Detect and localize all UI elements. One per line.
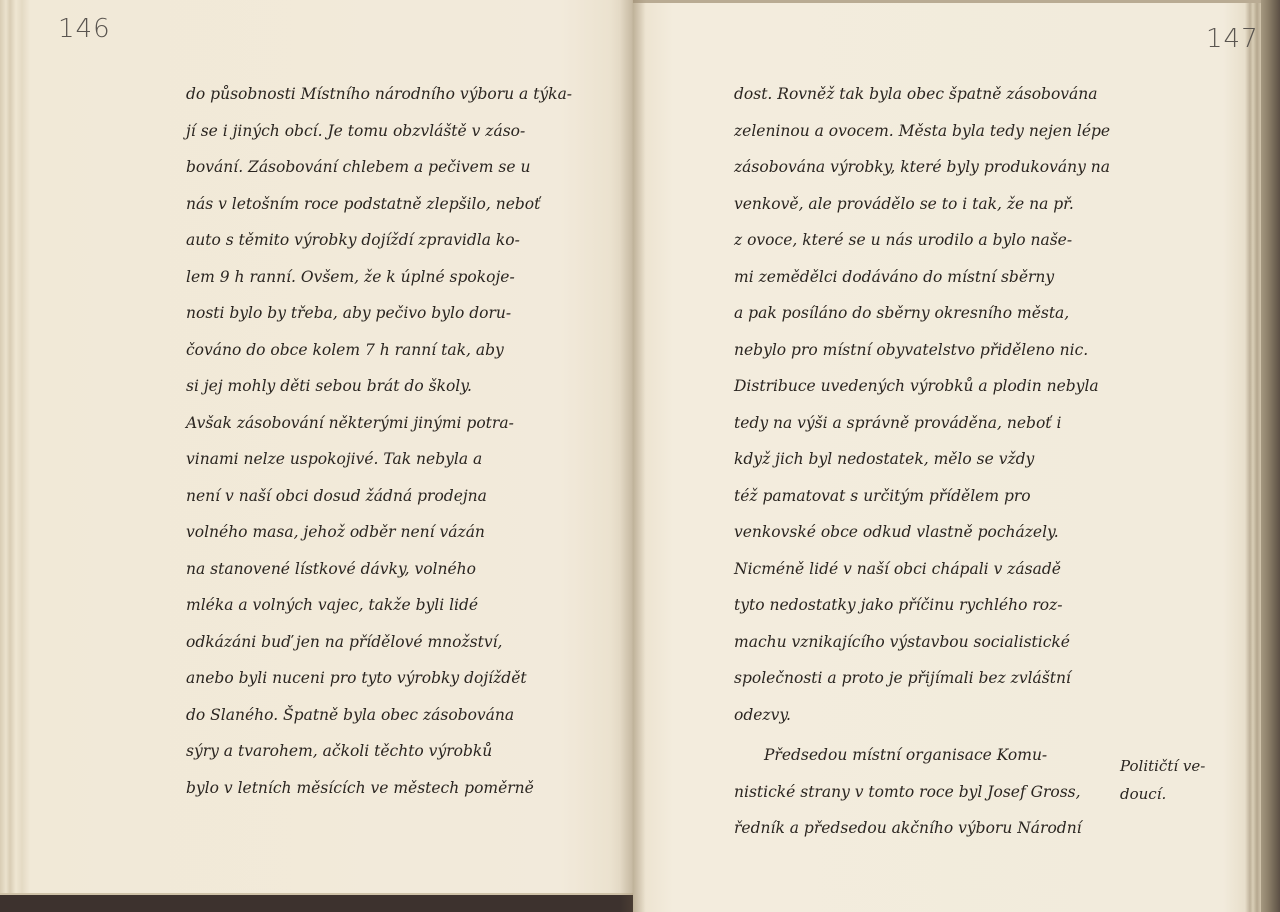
text-line: tyto nedostatky jako příčinu rychlého ro…: [734, 587, 1110, 624]
text-line: čováno do obce kolem 7 h ranní tak, aby: [186, 332, 572, 369]
text-line: není v naší obci dosud žádná prodejna: [186, 478, 572, 515]
text-line: lem 9 h ranní. Ovšem, že k úplné spokoje…: [186, 259, 572, 296]
text-line: bování. Zásobování chlebem a pečivem se …: [186, 149, 572, 186]
page-edges: [1261, 0, 1280, 912]
margin-note-line: Političtí ve-: [1120, 752, 1205, 780]
text-line: odkázáni buď jen na přídělové množství,: [186, 624, 572, 661]
left-page-text: do působnosti Místního národního výboru …: [186, 76, 572, 806]
margin-note-line: doucí.: [1120, 780, 1205, 808]
text-line: nás v letošním roce podstatně zlepšilo, …: [186, 186, 572, 223]
text-line: do Slaného. Špatně byla obec zásobována: [186, 697, 572, 734]
text-line: ředník a předsedou akčního výboru Národn…: [734, 810, 1110, 847]
paragraph-start-line: Předsedou místní organisace Komu-: [734, 737, 1110, 774]
text-line: nosti bylo by třeba, aby pečivo bylo dor…: [186, 295, 572, 332]
text-line: Avšak zásobování některými jinými potra-: [186, 405, 572, 442]
text-line: na stanovené lístkové dávky, volného: [186, 551, 572, 588]
text-line: venkovské obce odkud vlastně pocházely.: [734, 514, 1110, 551]
text-line: dost. Rovněž tak byla obec špatně zásobo…: [734, 76, 1110, 113]
left-page: 146 do působnosti Místního národního výb…: [0, 0, 633, 895]
text-line: též pamatovat s určitým přídělem pro: [734, 478, 1110, 515]
text-line: nistické strany v tomto roce byl Josef G…: [734, 774, 1110, 811]
left-page-number: 146: [58, 14, 111, 44]
text-line: a pak posíláno do sběrny okresního města…: [734, 295, 1110, 332]
text-line: vinami nelze uspokojivé. Tak nebyla a: [186, 441, 572, 478]
text-line: anebo byli nuceni pro tyto výrobky dojíž…: [186, 660, 572, 697]
scan-background: [0, 895, 633, 912]
text-line: do působnosti Místního národního výboru …: [186, 76, 572, 113]
text-line: když jich byl nedostatek, mělo se vždy: [734, 441, 1110, 478]
text-line: z ovoce, které se u nás urodilo a bylo n…: [734, 222, 1110, 259]
text-line: zásobována výrobky, které byly produková…: [734, 149, 1110, 186]
text-line: machu vznikajícího výstavbou socialistic…: [734, 624, 1110, 661]
text-line: auto s těmito výrobky dojíždí zpravidla …: [186, 222, 572, 259]
text-line: společnosti a proto je přijímali bez zvl…: [734, 660, 1110, 697]
text-line: venkově, ale provádělo se to i tak, že n…: [734, 186, 1110, 223]
text-line: tedy na výši a správně prováděna, neboť …: [734, 405, 1110, 442]
text-line: si jej mohly děti sebou brát do školy.: [186, 368, 572, 405]
text-line: bylo v letních měsících ve městech poměr…: [186, 770, 572, 807]
text-line: odezvy.: [734, 697, 1110, 734]
right-page-number: 147: [1206, 24, 1259, 54]
right-page-text: dost. Rovněž tak byla obec špatně zásobo…: [734, 76, 1110, 847]
text-line: mléka a volných vajec, takže byli lidé: [186, 587, 572, 624]
text-line: sýry a tvarohem, ačkoli těchto výrobků: [186, 733, 572, 770]
text-line: jí se i jiných obcí. Je tomu obzvláště v…: [186, 113, 572, 150]
margin-note-political-leaders: Političtí ve- doucí.: [1120, 752, 1205, 808]
book-gutter: [620, 0, 646, 912]
text-line: nebylo pro místní obyvatelstvo přiděleno…: [734, 332, 1110, 369]
text-line: volného masa, jehož odběr není vázán: [186, 514, 572, 551]
text-line: Nicméně lidé v naší obci chápali v zásad…: [734, 551, 1110, 588]
text-line: mi zemědělci dodáváno do místní sběrny: [734, 259, 1110, 296]
text-line: Distribuce uvedených výrobků a plodin ne…: [734, 368, 1110, 405]
book-spread: 146 do působnosti Místního národního výb…: [0, 0, 1280, 912]
text-line: zeleninou a ovocem. Města byla tedy neje…: [734, 113, 1110, 150]
